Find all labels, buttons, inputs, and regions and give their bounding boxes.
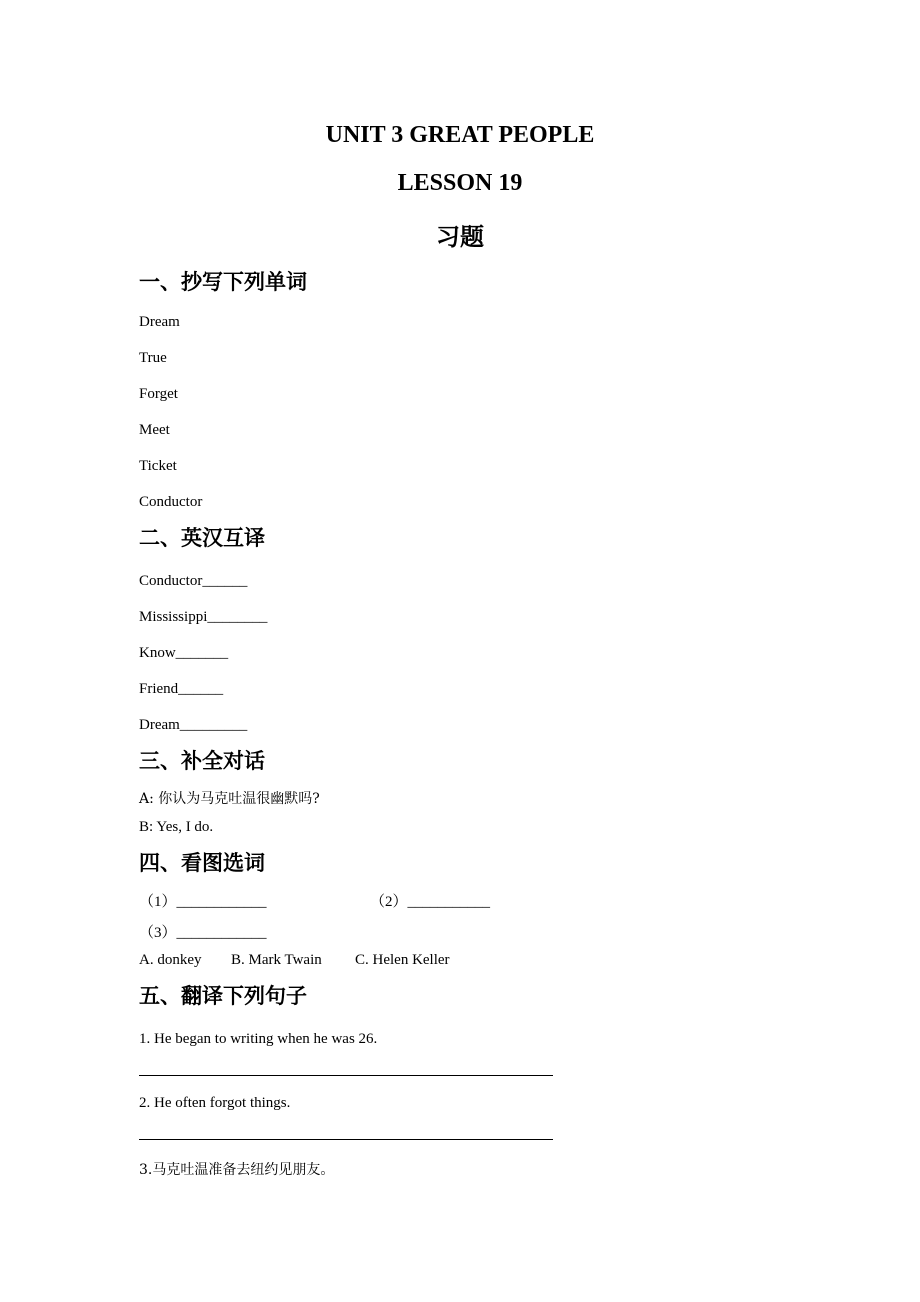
translate-item: Know_______ <box>139 645 228 662</box>
translate-item: Dream_________ <box>139 717 247 734</box>
answer-line <box>139 1139 553 1140</box>
translate-item: Mississippi________ <box>139 609 267 626</box>
section-5-heading: 五、翻译下列句子 <box>139 980 307 1010</box>
section-4-heading: 四、看图选词 <box>139 847 265 877</box>
exercise-subtitle: 习题 <box>0 217 920 252</box>
picture-blank-2: （2）___________ <box>370 890 490 911</box>
sentence-1: 1. He began to writing when he was 26. <box>139 1031 377 1048</box>
word-item: Ticket <box>139 458 177 475</box>
sentence-3: 3.马克吐温准备去纽约见朋友。 <box>139 1159 334 1179</box>
option-a: A. donkey <box>139 952 202 969</box>
sentence-2: 2. He often forgot things. <box>139 1095 290 1112</box>
lesson-title: LESSON 19 <box>0 170 920 197</box>
picture-blank-1: （1）____________ <box>139 890 267 911</box>
option-c: C. Helen Keller <box>355 952 450 969</box>
answer-line <box>139 1075 553 1076</box>
translate-item: Conductor______ <box>139 573 247 590</box>
picture-blank-3: （3）____________ <box>139 921 267 942</box>
word-item: Forget <box>139 386 178 403</box>
section-2-heading: 二、英汉互译 <box>139 522 265 552</box>
translate-item: Friend______ <box>139 681 223 698</box>
section-3-heading: 三、补全对话 <box>139 745 265 775</box>
word-item: Meet <box>139 422 170 439</box>
word-item: Dream <box>139 314 180 331</box>
word-item: Conductor <box>139 494 202 511</box>
unit-title: UNIT 3 GREAT PEOPLE <box>0 122 920 149</box>
dialogue-line-a: A: 你认为马克吐温很幽默吗? <box>139 788 320 808</box>
option-b: B. Mark Twain <box>231 952 322 969</box>
dialogue-line-b: B: Yes, I do. <box>139 819 213 836</box>
word-item: True <box>139 350 167 367</box>
section-1-heading: 一、抄写下列单词 <box>139 266 307 296</box>
